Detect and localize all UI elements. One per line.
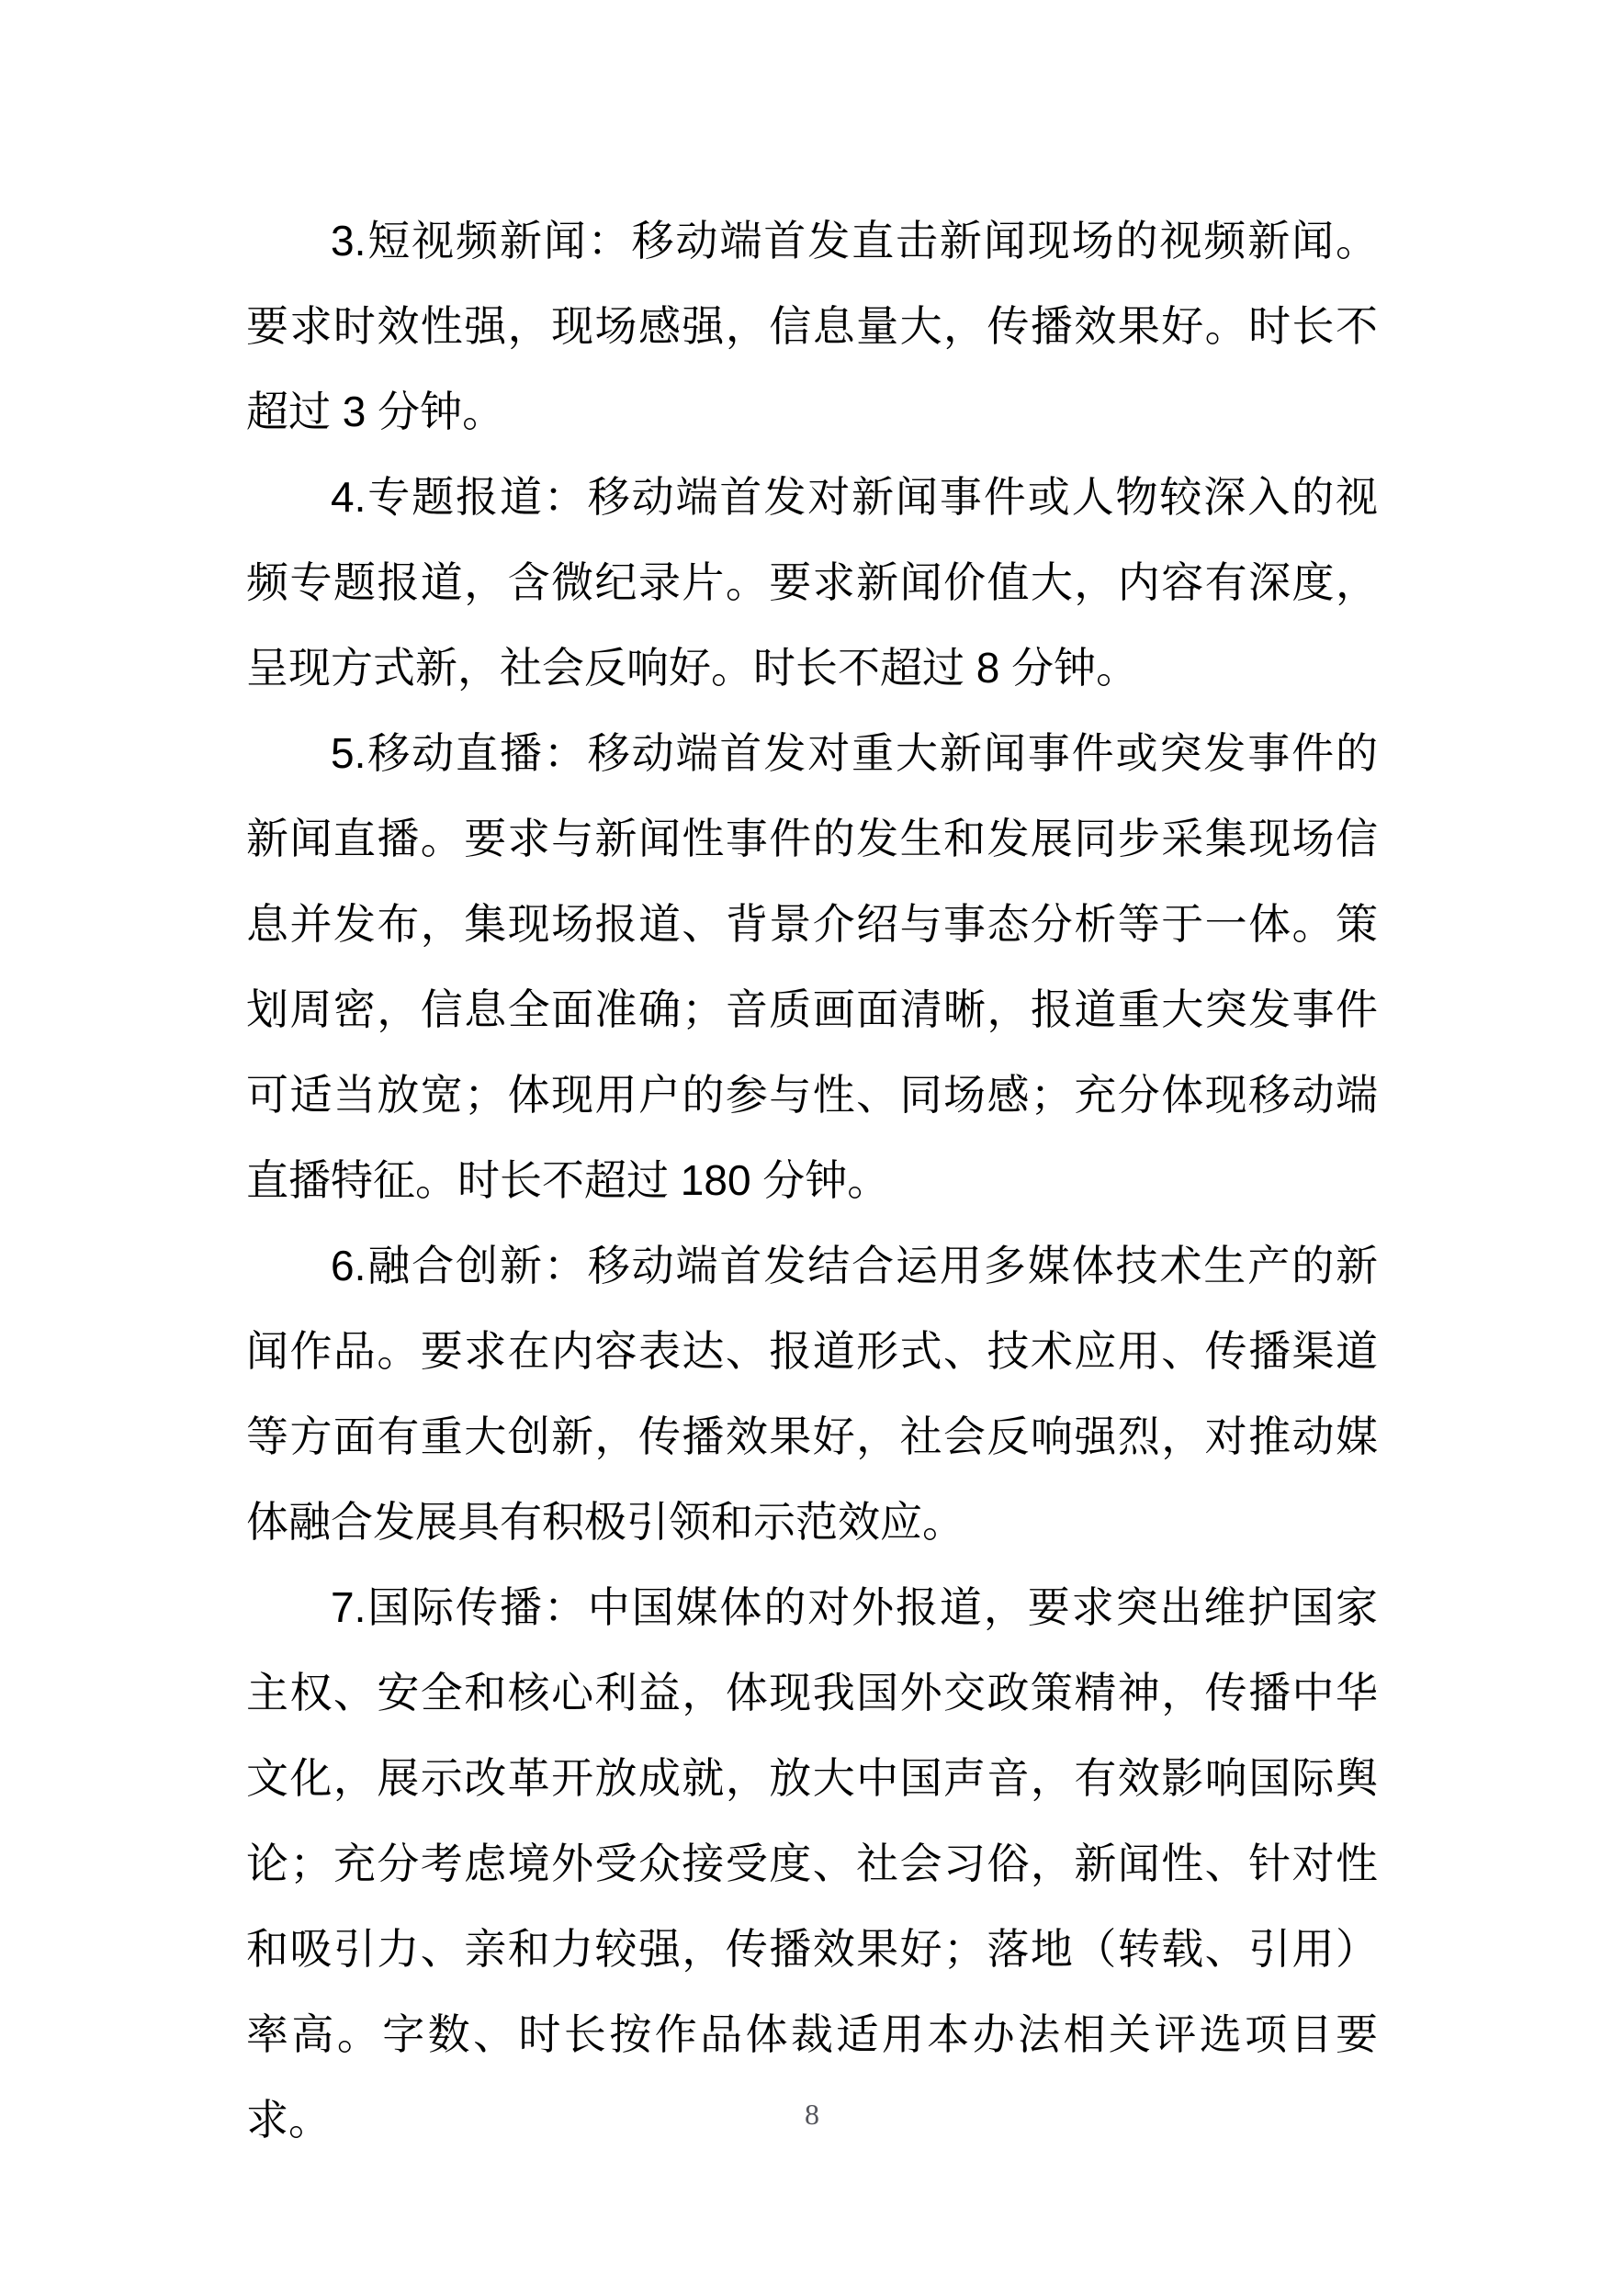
document-text-block: 3.短视频新闻：移动端首发直击新闻现场的视频新闻。要求时效性强，现场感强，信息量… bbox=[246, 198, 1378, 2163]
paragraph-international-communication: 7.国际传播：中国媒体的对外报道，要求突出维护国家主权、安全和核心利益，体现我国… bbox=[246, 1565, 1378, 2163]
paragraph-short-video-news: 3.短视频新闻：移动端首发直击新闻现场的视频新闻。要求时效性强，现场感强，信息量… bbox=[246, 198, 1378, 455]
page-footer: 8 bbox=[0, 2096, 1624, 2133]
page-number: 8 bbox=[805, 2096, 819, 2133]
paragraph-special-report: 4.专题报道：移动端首发对新闻事件或人物较深入的视频专题报道，含微纪录片。要求新… bbox=[246, 455, 1378, 711]
paragraph-mobile-live: 5.移动直播：移动端首发对重大新闻事件或突发事件的新闻直播。要求与新闻性事件的发… bbox=[246, 711, 1378, 1223]
paragraph-fusion-innovation: 6.融合创新：移动端首发结合运用多媒体技术生产的新闻作品。要求在内容表达、报道形… bbox=[246, 1223, 1378, 1565]
document-page: 3.短视频新闻：移动端首发直击新闻现场的视频新闻。要求时效性强，现场感强，信息量… bbox=[0, 0, 1624, 2296]
